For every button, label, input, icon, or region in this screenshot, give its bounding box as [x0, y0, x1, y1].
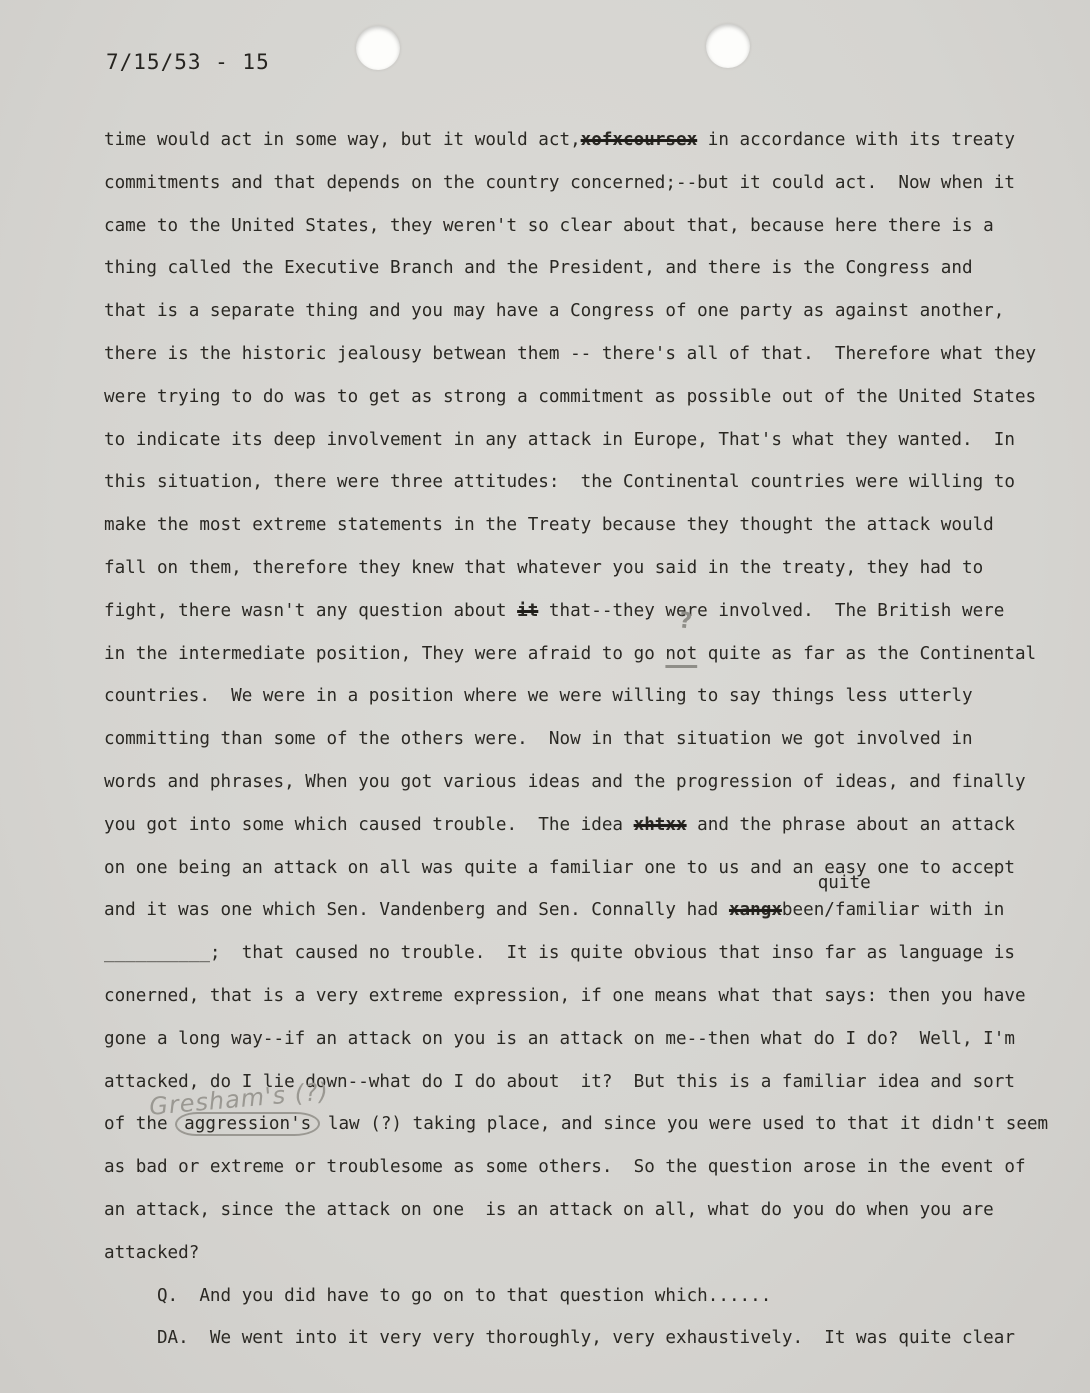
text-line: this situation, there were three attitud…	[104, 461, 1064, 504]
text-line: Q. And you did have to go on to that que…	[104, 1275, 1064, 1318]
punch-hole-left	[356, 26, 400, 70]
text-line: you got into some which caused trouble. …	[104, 804, 1064, 847]
text-line: to indicate its deep involvement in any …	[104, 419, 1064, 462]
page-date-header: 7/15/53 - 15	[106, 50, 270, 74]
struck-word: xangx	[729, 900, 782, 920]
text-line: countries. We were in a position where w…	[104, 675, 1064, 718]
pencil-annotation: ?	[678, 610, 693, 633]
underlined-word: not?	[665, 633, 697, 676]
text-line: came to the United States, they weren't …	[104, 205, 1064, 248]
text-line: time would act in some way, but it would…	[104, 119, 1064, 162]
text-line: make the most extreme statements in the …	[104, 504, 1064, 547]
text-line: DA. We went into it very very thoroughly…	[104, 1317, 1064, 1360]
text-line: __________; that caused no trouble. It i…	[104, 932, 1064, 975]
text-line: attacked?	[104, 1232, 1064, 1275]
text-line: and it was one which Sen. Vandenberg and…	[104, 889, 1064, 932]
text-line: gone a long way--if an attack on you is …	[104, 1018, 1064, 1061]
text-line: committing than some of the others were.…	[104, 718, 1064, 761]
insertion-target: been/familiarquite	[782, 889, 920, 932]
typescript-page: 7/15/53 - 15 time would act in some way,…	[0, 0, 1090, 1393]
struck-word: xofxcoursex	[581, 130, 698, 150]
text-line: fight, there wasn't any question about i…	[104, 590, 1064, 633]
typed-insertion: quite	[818, 875, 871, 893]
text-line: that is a separate thing and you may hav…	[104, 290, 1064, 333]
text-line: there is the historic jealousy betwean t…	[104, 333, 1064, 376]
text-line: fall on them, therefore they knew that w…	[104, 547, 1064, 590]
text-line: conerned, that is a very extreme express…	[104, 975, 1064, 1018]
text-line: of the aggression'sGresham's (?) law (?)…	[104, 1103, 1064, 1146]
struck-word: xhtxx	[634, 815, 687, 835]
struck-word: it	[517, 601, 538, 621]
text-line: thing called the Executive Branch and th…	[104, 247, 1064, 290]
circled-word: aggression'sGresham's (?)	[175, 1112, 320, 1136]
text-line: commitments and that depends on the coun…	[104, 162, 1064, 205]
text-line: on one being an attack on all was quite …	[104, 847, 1064, 890]
typescript-body: time would act in some way, but it would…	[104, 119, 1064, 1360]
text-line: words and phrases, When you got various …	[104, 761, 1064, 804]
text-line: an attack, since the attack on one is an…	[104, 1189, 1064, 1232]
text-line: as bad or extreme or troublesome as some…	[104, 1146, 1064, 1189]
text-line: in the intermediate position, They were …	[104, 633, 1064, 676]
punch-hole-right	[706, 24, 750, 68]
text-line: were trying to do was to get as strong a…	[104, 376, 1064, 419]
